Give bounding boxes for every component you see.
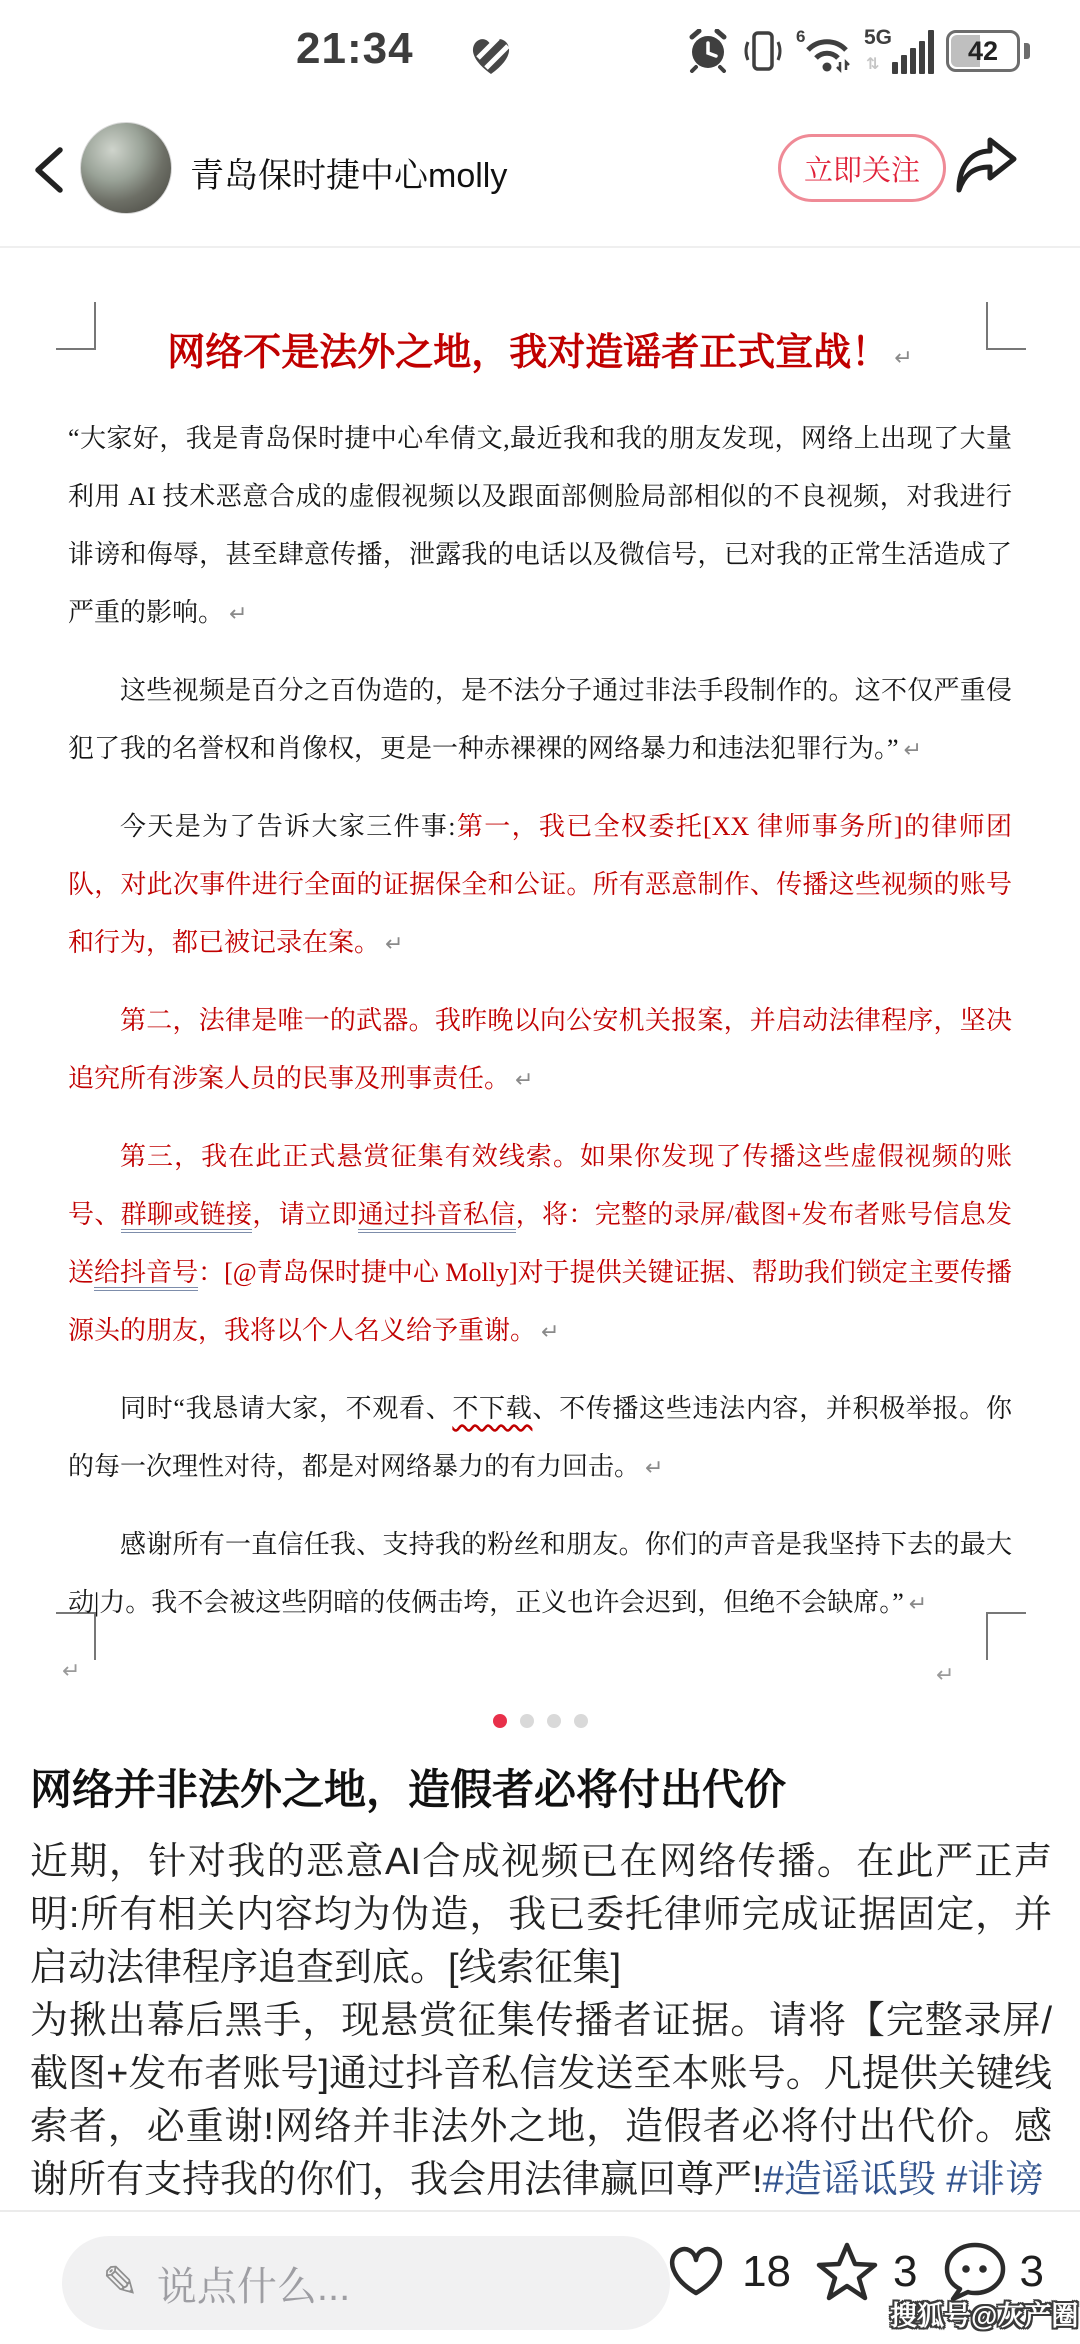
header: 青岛保时捷中心molly 立即关注 bbox=[0, 92, 1080, 246]
svg-text:6: 6 bbox=[796, 28, 805, 46]
secondary-signal-icon: ⇅ bbox=[866, 54, 879, 74]
return-mark: ↵ bbox=[936, 1662, 954, 1688]
battery-percent: 42 bbox=[968, 36, 998, 67]
carousel-dots[interactable] bbox=[0, 1714, 1080, 1728]
text-segment: 今天是为了告诉大家三件事: bbox=[120, 812, 456, 841]
text-segment: ↵ bbox=[515, 1068, 533, 1093]
clock-time: 21:34 bbox=[296, 24, 414, 74]
document-paragraph: 同时“我恳请大家，不观看、不下载、不传播这些违法内容，并积极举报。你的每一次理性… bbox=[68, 1380, 1012, 1498]
alarm-icon bbox=[686, 29, 730, 73]
like-count: 18 bbox=[742, 2247, 791, 2297]
cellular-signal-icon: 5G ⇅ bbox=[864, 28, 934, 74]
favorite-button[interactable] bbox=[815, 2240, 879, 2304]
text-segment: 同时“我恳请大家，不观看、 bbox=[120, 1394, 452, 1423]
comment-placeholder: 说点什么... bbox=[157, 2255, 350, 2312]
document-paragraph: 今天是为了告诉大家三件事:第一，我已全权委托[XX 律师事务所]的律师团队，对此… bbox=[68, 798, 1012, 974]
document-paragraph: 这些视频是百分之百伪造的，是不法分子通过非法手段制作的。这不仅严重侵犯了我的名誉… bbox=[68, 662, 1012, 780]
carousel-dot[interactable] bbox=[520, 1714, 534, 1728]
text-segment: ↵ bbox=[909, 1592, 927, 1617]
document-title: 网络不是法外之地，我对造谣者正式宣战！↵ bbox=[68, 328, 1012, 384]
text-segment: 给抖音号 bbox=[94, 1258, 198, 1291]
text-segment: ↵ bbox=[229, 602, 247, 627]
text-segment: 力。我不会被这些阴暗的伎俩击垮，正义也许会迟到，但绝不会缺席。” bbox=[99, 1588, 904, 1617]
post-title: 网络并非法外之地，造假者必将付出代价 bbox=[30, 1764, 1050, 1816]
carousel-dot[interactable] bbox=[547, 1714, 561, 1728]
document-text: 网络不是法外之地，我对造谣者正式宣战！↵ “大家好，我是青岛保时捷中心牟倩文,最… bbox=[68, 328, 1012, 1652]
text-segment: ↵ bbox=[385, 932, 403, 957]
document-paragraph: 第二，法律是唯一的武器。我昨晚以向公安机关报案，并启动法律程序，坚决追究所有涉案… bbox=[68, 992, 1012, 1110]
document-paragraphs: “大家好，我是青岛保时捷中心牟倩文,最近我和我的朋友发现，网络上出现了大量利用 … bbox=[68, 410, 1012, 1634]
follow-button-label: 立即关注 bbox=[804, 148, 920, 189]
back-button[interactable] bbox=[28, 144, 68, 196]
wifi-icon: 6 bbox=[796, 28, 852, 74]
battery-icon: 42 bbox=[946, 30, 1020, 72]
hashtag-links[interactable]: #造谣诋毁 #诽谤 bbox=[763, 2159, 1044, 2201]
text-segment: ↵ bbox=[645, 1456, 663, 1481]
text-segment: ↵ bbox=[541, 1320, 559, 1345]
text-segment: 第二，法律是唯一的武器。我昨晚以向公安机关报案，并启动法律程序，坚决追究所有涉案… bbox=[68, 1006, 1012, 1093]
battery-nub bbox=[1024, 43, 1030, 59]
text-segment: ：[@青岛保时捷中心 Molly]对于提供关键证据、帮助我们锁定主要传播源头的朋… bbox=[68, 1258, 1012, 1345]
signal-bars-icon bbox=[892, 30, 934, 74]
document-image[interactable]: ↵ ↵ 网络不是法外之地，我对造谣者正式宣战！↵ “大家好，我是青岛保时捷中心牟… bbox=[0, 250, 1080, 1702]
comment-count: 3 bbox=[1020, 2247, 1044, 2297]
favorite-count: 3 bbox=[893, 2247, 917, 2297]
heart-rate-icon bbox=[468, 34, 514, 76]
vibrate-icon bbox=[742, 28, 784, 74]
text-segment: ↵ bbox=[904, 738, 922, 763]
status-bar: 21:34 6 bbox=[0, 0, 1080, 92]
text-segment: 不下载 bbox=[452, 1394, 532, 1423]
post-body-text-1: 近期，针对我的恶意AI合成视频已在网络传播。在此严正声明:所有相关内容均为伪造，… bbox=[30, 1841, 1052, 1989]
document-paragraph: 感谢所有一直信任我、支持我的粉丝和朋友。你们的声音是我坚持下去的最大动|力。我不… bbox=[68, 1516, 1012, 1634]
text-segment: “大家好，我是青岛保时捷中心牟倩文,最近我和我的朋友发现，网络上出现了大量利用 … bbox=[68, 424, 1012, 627]
post-paragraph: 为揪出幕后黑手，现悬赏征集传播者证据。请将【完整录屏/截图+发布者账号]通过抖音… bbox=[30, 1995, 1052, 2207]
header-divider bbox=[0, 246, 1080, 248]
post-body: 近期，针对我的恶意AI合成视频已在网络传播。在此严正声明:所有相关内容均为伪造，… bbox=[30, 1836, 1052, 2207]
return-mark: ↵ bbox=[894, 346, 912, 371]
pencil-icon: ✎ bbox=[102, 2261, 139, 2305]
document-paragraph: 第三，我在此正式悬赏征集有效线索。如果你发现了传播这些虚假视频的账号、群聊或链接… bbox=[68, 1128, 1012, 1362]
username[interactable]: 青岛保时捷中心molly bbox=[190, 148, 507, 197]
avatar[interactable] bbox=[80, 122, 172, 214]
return-mark: ↵ bbox=[62, 1658, 80, 1684]
watermark: 搜狐号@灰产圈 bbox=[890, 2294, 1078, 2333]
carousel-dot[interactable] bbox=[574, 1714, 588, 1728]
status-icons: 6 5G ⇅ 42 bbox=[686, 28, 1030, 74]
share-icon[interactable] bbox=[952, 134, 1018, 196]
follow-button[interactable]: 立即关注 bbox=[778, 134, 946, 202]
text-segment: 这些视频是百分之百伪造的，是不法分子通过非法手段制作的。这不仅严重侵犯了我的名誉… bbox=[68, 676, 1012, 763]
document-paragraph: “大家好，我是青岛保时捷中心牟倩文,最近我和我的朋友发现，网络上出现了大量利用 … bbox=[68, 410, 1012, 644]
network-type-label: 5G bbox=[864, 26, 892, 50]
like-button[interactable] bbox=[664, 2240, 728, 2304]
carousel-dot[interactable] bbox=[493, 1714, 507, 1728]
text-segment: 通过抖音私信 bbox=[358, 1200, 516, 1233]
text-segment: 群聊或链接 bbox=[121, 1200, 253, 1233]
comment-input[interactable]: ✎ 说点什么... bbox=[62, 2236, 670, 2330]
text-segment: ，请立即 bbox=[252, 1200, 357, 1229]
document-title-text: 网络不是法外之地，我对造谣者正式宣战！ bbox=[167, 332, 889, 374]
post-paragraph: 近期，针对我的恶意AI合成视频已在网络传播。在此严正声明:所有相关内容均为伪造，… bbox=[30, 1836, 1052, 1995]
